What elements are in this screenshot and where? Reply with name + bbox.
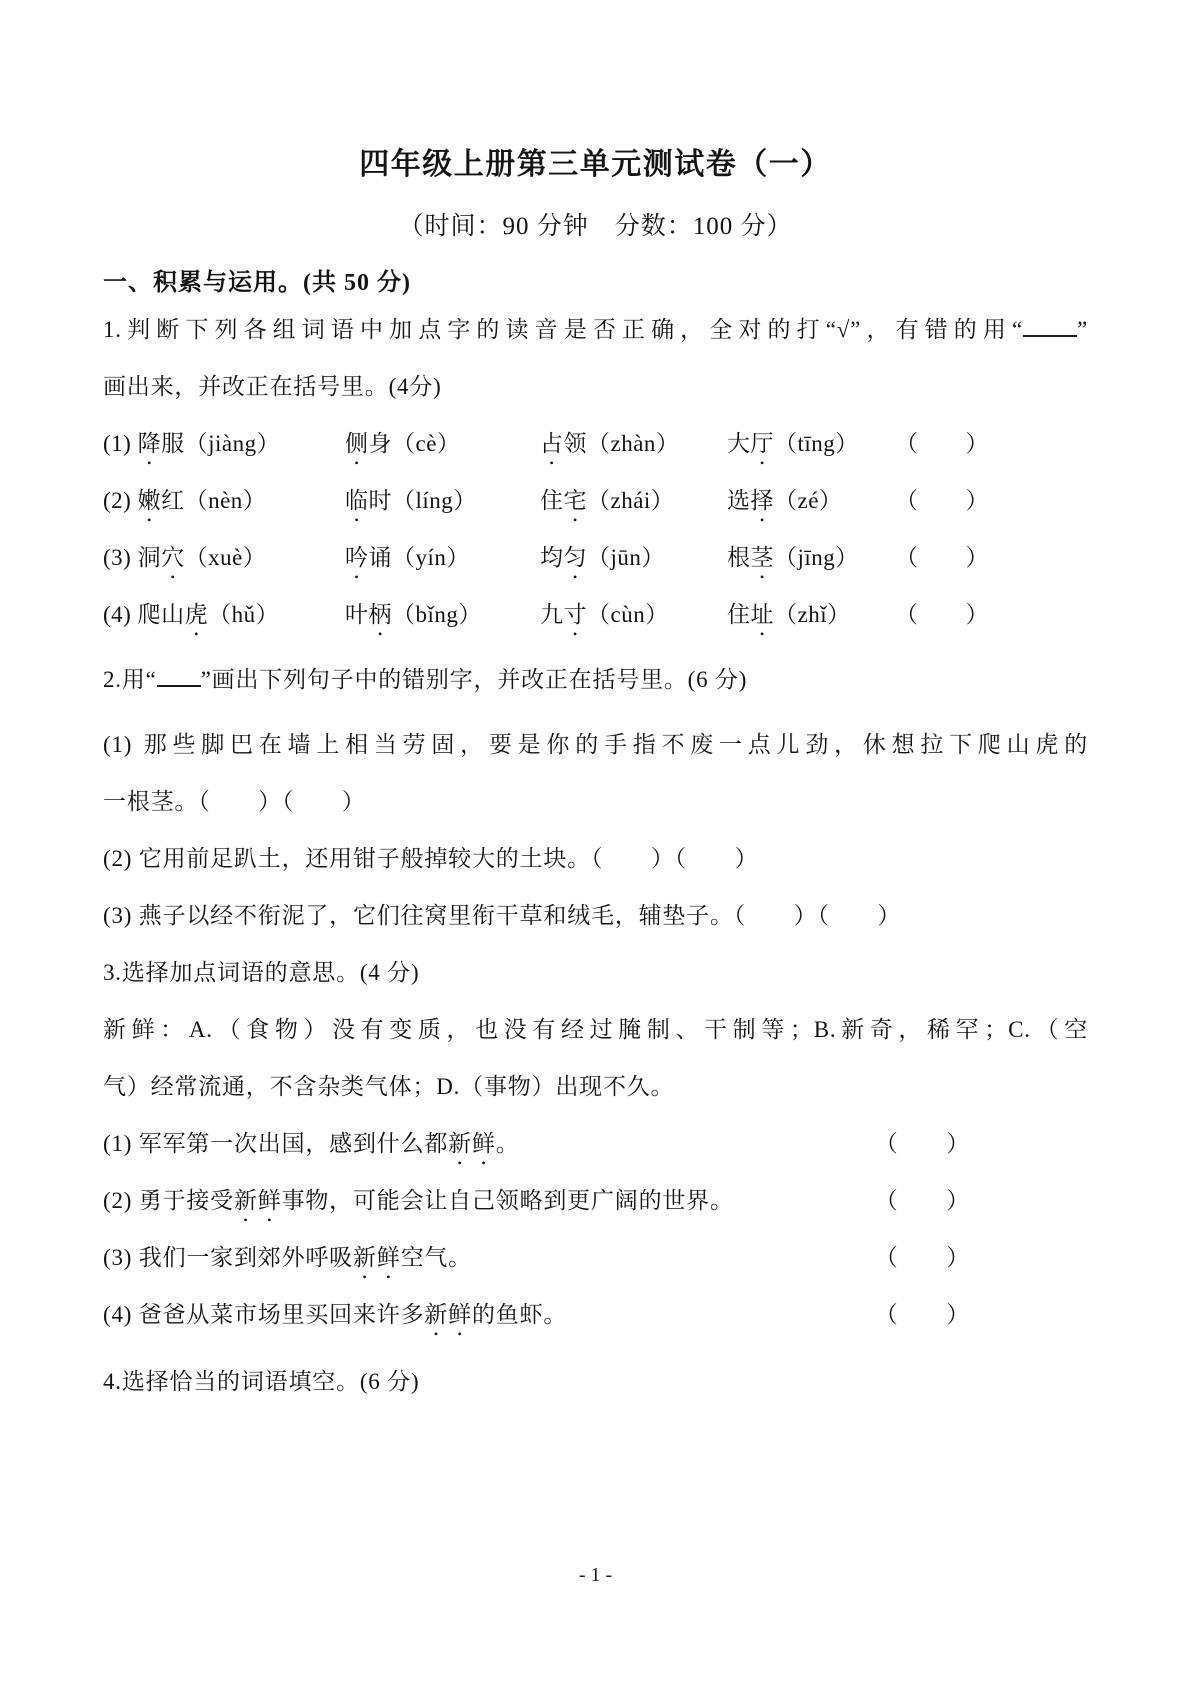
answer-bracket: （ ） [895, 586, 989, 643]
dotted-char: 寸 [564, 602, 588, 627]
sentence-text: (3) 我们一家到郊外呼吸 [103, 1245, 353, 1270]
dotted-word: 新鲜 [234, 1188, 282, 1213]
q3-sentence: (3) 我们一家到郊外呼吸新鲜空气。 [103, 1229, 875, 1286]
dotted-char: 嫩 [138, 488, 162, 513]
word-item: 临时（líng） [345, 472, 540, 529]
pinyin: （cè） [392, 431, 460, 456]
dotted-char: 侧 [345, 431, 369, 456]
q1-instruction-close-quote: ” [1077, 317, 1088, 342]
sentence-text: (1) 军军第一次出国，感到什么都 [103, 1131, 448, 1156]
sentence-text: (2) 勇于接受 [103, 1188, 234, 1213]
q3-meaning-line2: 气）经常流通，不含杂类气体；D.（事物）出现不久。 [103, 1058, 1088, 1115]
word-text: 身 [369, 431, 393, 456]
dotted-word: 新鲜 [424, 1302, 472, 1327]
q1-instruction-line2: 画出来，并改正在括号里。(4分) [103, 358, 1088, 415]
q3-sentence: (4) 爸爸从菜市场里买回来许多新鲜的鱼虾。 [103, 1286, 875, 1343]
pinyin: （tīng） [774, 431, 859, 456]
word-item: 均匀（jūn） [540, 529, 727, 586]
sentence-text: 。 [496, 1131, 520, 1156]
word-item: (4) 爬山虎（hǔ） [103, 586, 345, 643]
q2-instruction-text: 2.用“ [103, 667, 157, 692]
word-item: 大厅（tīng） [727, 415, 895, 472]
q2-instruction: 2.用“”画出下列句子中的错别字，并改正在括号里。(6 分) [103, 651, 1088, 708]
word-item: 住宅（zhái） [540, 472, 727, 529]
q3-instruction: 3.选择加点词语的意思。(4 分) [103, 944, 1088, 1001]
q3-sentence: (2) 勇于接受新鲜事物，可能会让自己领略到更广阔的世界。 [103, 1172, 875, 1229]
pinyin: （jūn） [587, 545, 665, 570]
word-item: 住址（zhǐ） [727, 586, 895, 643]
dotted-word: 新鲜 [353, 1245, 401, 1270]
word-item: (3) 洞穴（xuè） [103, 529, 345, 586]
pinyin: （zhàn） [587, 431, 679, 456]
page-number: - 1 - [0, 1562, 1191, 1588]
dotted-char: 降 [138, 431, 162, 456]
word-text: (3) 洞 [103, 545, 161, 570]
word-item: (1) 降服（jiàng） [103, 415, 345, 472]
dotted-char: 宅 [564, 488, 588, 513]
underline-blank [1023, 330, 1077, 337]
word-item: 侧身（cè） [345, 415, 540, 472]
pinyin: （hǔ） [208, 602, 279, 627]
q1-instruction-line1: 1.判断下列各组词语中加点字的读音是否正确，全对的打“√”，有错的用“” [103, 301, 1088, 358]
word-item: 选择（zé） [727, 472, 895, 529]
pinyin: （líng） [392, 488, 477, 513]
word-text: 大 [727, 431, 751, 456]
word-item: 九寸（cùn） [540, 586, 727, 643]
dotted-char: 临 [345, 488, 369, 513]
dotted-char: 虎 [185, 602, 209, 627]
q2-sentence-3: (3) 燕子以经不衔泥了，它们往窝里衔干草和绒毛，辅垫子。（ ）（ ） [103, 887, 1088, 944]
paper-content: 四年级上册第三单元测试卷（一） （时间：90 分钟 分数：100 分） 一、积累… [103, 0, 1088, 1410]
word-text: 住 [727, 602, 751, 627]
pinyin: （zhái） [587, 488, 674, 513]
section-1-heading: 一、积累与运用。(共 50 分) [103, 265, 1088, 301]
underline-blank [157, 680, 201, 687]
pinyin: （bǐng） [392, 602, 482, 627]
word-text: 叶 [345, 602, 369, 627]
word-text: (1) [103, 431, 138, 456]
word-text: 时 [369, 488, 393, 513]
sentence-text: 事物，可能会让自己领略到更广阔的世界。 [282, 1188, 734, 1213]
answer-bracket: （ ） [875, 1172, 970, 1229]
word-item: 根茎（jīng） [727, 529, 895, 586]
pinyin: （xuè） [185, 545, 267, 570]
q2-instruction-text: ”画出下列句子中的错别字，并改正在括号里。(6 分) [201, 667, 748, 692]
word-text: 诵 [369, 545, 393, 570]
word-text: 住 [540, 488, 564, 513]
q1-row-2: (2) 嫩红（nèn） 临时（líng） 住宅（zhái） 选择（zé） （ ） [103, 472, 1088, 529]
sentence-text: 的鱼虾。 [472, 1302, 567, 1327]
word-text: (4) 爬山 [103, 602, 185, 627]
q3-item-2: (2) 勇于接受新鲜事物，可能会让自己领略到更广阔的世界。 （ ） [103, 1172, 1088, 1229]
dotted-char: 茎 [751, 545, 775, 570]
q3-sentence: (1) 军军第一次出国，感到什么都新鲜。 [103, 1115, 875, 1172]
word-text: 服 [161, 431, 185, 456]
dotted-char: 占 [540, 431, 564, 456]
dotted-char: 匀 [564, 545, 588, 570]
pinyin: （zé） [774, 488, 842, 513]
q1-row-1: (1) 降服（jiàng） 侧身（cè） 占领（zhàn） 大厅（tīng） （… [103, 415, 1088, 472]
test-paper-page: 四年级上册第三单元测试卷（一） （时间：90 分钟 分数：100 分） 一、积累… [0, 0, 1191, 1684]
sentence-text: (4) 爸爸从菜市场里买回来许多 [103, 1302, 424, 1327]
q2-sentence-1-line1: (1) 那些脚巴在墙上相当劳固，要是你的手指不废一点儿劲，休想拉下爬山虎的 [103, 716, 1088, 773]
word-text: 领 [564, 431, 588, 456]
word-text: 根 [727, 545, 751, 570]
pinyin: （cùn） [587, 602, 669, 627]
word-text: 选 [727, 488, 751, 513]
q1-instruction-text: 1.判断下列各组词语中加点字的读音是否正确，全对的打“√”，有错的用“ [103, 317, 1023, 342]
pinyin: （yín） [392, 545, 470, 570]
answer-bracket: （ ） [875, 1115, 970, 1172]
time-score-line: （时间：90 分钟 分数：100 分） [103, 209, 1088, 245]
dotted-word: 新鲜 [448, 1131, 496, 1156]
dotted-char: 穴 [161, 545, 185, 570]
dotted-char: 厅 [751, 431, 775, 456]
sentence-text: 空气。 [401, 1245, 472, 1270]
pinyin: （zhǐ） [774, 602, 851, 627]
q3-item-4: (4) 爸爸从菜市场里买回来许多新鲜的鱼虾。 （ ） [103, 1286, 1088, 1343]
answer-bracket: （ ） [875, 1229, 970, 1286]
pinyin: （jīng） [774, 545, 859, 570]
word-text: 红 [161, 488, 185, 513]
pinyin: （jiàng） [185, 431, 281, 456]
q2-sentence-2: (2) 它用前足趴土，还用钳子般掉较大的土块。（ ）（ ） [103, 830, 1088, 887]
q3-meaning-line1: 新鲜：A.（食物）没有变质，也没有经过腌制、干制等；B.新奇，稀罕；C.（空 [103, 1001, 1088, 1058]
pinyin: （nèn） [185, 488, 267, 513]
q4-instruction: 4.选择恰当的词语填空。(6 分) [103, 1353, 1088, 1410]
dotted-char: 柄 [369, 602, 393, 627]
answer-bracket: （ ） [895, 415, 989, 472]
q1-row-4: (4) 爬山虎（hǔ） 叶柄（bǐng） 九寸（cùn） 住址（zhǐ） （ ） [103, 586, 1088, 643]
dotted-char: 址 [751, 602, 775, 627]
answer-bracket: （ ） [895, 529, 989, 586]
page-title: 四年级上册第三单元测试卷（一） [103, 145, 1088, 185]
q3-item-1: (1) 军军第一次出国，感到什么都新鲜。 （ ） [103, 1115, 1088, 1172]
answer-bracket: （ ） [895, 472, 989, 529]
word-text: (2) [103, 488, 138, 513]
word-item: 吟诵（yín） [345, 529, 540, 586]
dotted-char: 择 [751, 488, 775, 513]
word-item: (2) 嫩红（nèn） [103, 472, 345, 529]
word-text: 均 [540, 545, 564, 570]
q2-sentence-1-line2: 一根茎。（ ）（ ） [103, 773, 1088, 830]
q3-item-3: (3) 我们一家到郊外呼吸新鲜空气。 （ ） [103, 1229, 1088, 1286]
q1-row-3: (3) 洞穴（xuè） 吟诵（yín） 均匀（jūn） 根茎（jīng） （ ） [103, 529, 1088, 586]
word-text: 九 [540, 602, 564, 627]
word-item: 叶柄（bǐng） [345, 586, 540, 643]
answer-bracket: （ ） [875, 1286, 970, 1343]
dotted-char: 吟 [345, 545, 369, 570]
word-item: 占领（zhàn） [540, 415, 727, 472]
